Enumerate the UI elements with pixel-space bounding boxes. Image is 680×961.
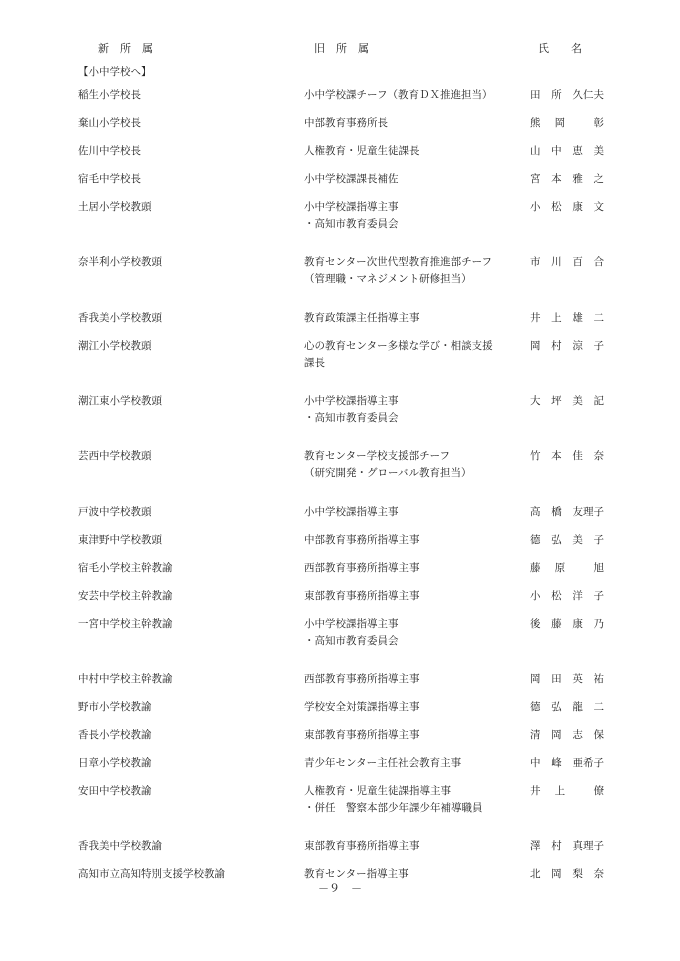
name-part: 雄 xyxy=(572,310,583,325)
table-row: 野市小学校教諭学校安全対策課指導主事德弘龍二 xyxy=(0,699,680,719)
name-part: 橋 xyxy=(551,504,562,519)
table-row: 潮江東小学校教頭小中学校課指導主事・高知市教育委員会大坪美記 xyxy=(0,393,680,413)
name-part: 之 xyxy=(593,171,604,186)
name-part: 中 xyxy=(530,755,541,770)
old-affiliation-line: 課長 xyxy=(304,355,493,372)
table-row: 土居小学校教頭小中学校課指導主事・高知市教育委員会小松康文 xyxy=(0,199,680,219)
name-part: 峰 xyxy=(551,755,562,770)
name-part: 子 xyxy=(593,588,604,603)
person-name: 岡田英祐 xyxy=(530,671,604,686)
person-name: 市川百合 xyxy=(530,254,604,269)
name-part: 涼 xyxy=(572,338,583,353)
old-affiliation-line: 教育センター次世代型教育推進部チーフ xyxy=(304,254,492,271)
old-affiliation: 小中学校課指導主事・高知市教育委員会 xyxy=(304,616,399,650)
old-affiliation: 東部教育事務所指導主事 xyxy=(304,727,420,744)
name-part: 恵 xyxy=(572,143,583,158)
old-affiliation-line: 西部教育事務所指導主事 xyxy=(304,671,420,688)
old-affiliation: 小中学校課指導主事・高知市教育委員会 xyxy=(304,393,399,427)
name-part: 本 xyxy=(551,448,562,463)
old-affiliation: 教育センター学校支援部チーフ（研究開発・グローバル教育担当） xyxy=(304,448,471,482)
new-affiliation: 東津野中学校教頭 xyxy=(78,532,162,547)
old-affiliation-line: 心の教育センター多様な学び・相談支援 xyxy=(304,338,493,355)
name-part: 二 xyxy=(593,699,604,714)
old-affiliation-line: 中部教育事務所長 xyxy=(304,115,388,132)
name-part: 竹 xyxy=(530,448,541,463)
person-name: 大坪美記 xyxy=(530,393,604,408)
new-affiliation: 中村中学校主幹教諭 xyxy=(78,671,173,686)
old-affiliation-line: 青少年センター主任社会教育主事 xyxy=(304,755,461,772)
name-part: 康 xyxy=(572,199,583,214)
old-affiliation-line: 東部教育事務所指導主事 xyxy=(304,727,420,744)
name-part: 百 xyxy=(572,254,583,269)
old-affiliation: 東部教育事務所指導主事 xyxy=(304,588,420,605)
new-affiliation: 潮江小学校教頭 xyxy=(78,338,152,353)
name-part: 佳 xyxy=(572,448,583,463)
old-affiliation: 心の教育センター多様な学び・相談支援課長 xyxy=(304,338,493,372)
new-affiliation: 戸波中学校教頭 xyxy=(78,504,152,519)
name-part: 本 xyxy=(551,171,562,186)
old-affiliation: 西部教育事務所指導主事 xyxy=(304,560,420,577)
old-affiliation: 小中学校課チーフ（教育ＤＸ推進担当） xyxy=(304,87,492,104)
new-affiliation: 日章小学校教諭 xyxy=(78,755,152,770)
new-affiliation: 芸西中学校教頭 xyxy=(78,448,152,463)
old-affiliation-line: ・高知市教育委員会 xyxy=(304,410,399,427)
name-part: 藤 xyxy=(551,616,562,631)
name-part: 山 xyxy=(530,143,541,158)
table-row: 香我美小学校教頭教育政策課主任指導主事井上雄二 xyxy=(0,310,680,330)
person-name: 小松康文 xyxy=(530,199,604,214)
table-row: 中村中学校主幹教諭西部教育事務所指導主事岡田英祐 xyxy=(0,671,680,691)
name-part: 岡 xyxy=(530,671,541,686)
name-part: 岡 xyxy=(555,115,566,130)
name-part: 松 xyxy=(551,588,562,603)
name-part: 記 xyxy=(593,393,604,408)
person-name: 藤原旭 xyxy=(530,560,604,575)
old-affiliation-line: 中部教育事務所指導主事 xyxy=(304,532,420,549)
section-label: 【小中学校へ】 xyxy=(78,64,152,79)
table-row: 香長小学校教諭東部教育事務所指導主事清岡志保 xyxy=(0,727,680,747)
table-row: 日章小学校教諭青少年センター主任社会教育主事中峰亜希子 xyxy=(0,755,680,775)
old-affiliation: 青少年センター主任社会教育主事 xyxy=(304,755,461,772)
old-affiliation-line: 教育センター学校支援部チーフ xyxy=(304,448,471,465)
name-part: 康 xyxy=(572,616,583,631)
new-affiliation: 安芸中学校主幹教諭 xyxy=(78,588,173,603)
name-part: 旭 xyxy=(593,560,604,575)
name-part: 井 xyxy=(530,310,541,325)
person-name: 高橋友理子 xyxy=(530,504,604,519)
table-row: 一宮中学校主幹教諭小中学校課指導主事・高知市教育委員会後藤康乃 xyxy=(0,616,680,636)
name-part: 美 xyxy=(572,393,583,408)
table-row: 奈半利小学校教頭教育センター次世代型教育推進部チーフ（管理職・マネジメント研修担… xyxy=(0,254,680,274)
old-affiliation-line: （研究開発・グローバル教育担当） xyxy=(304,465,471,482)
person-name: 德弘美子 xyxy=(530,532,604,547)
name-part: 雅 xyxy=(572,171,583,186)
table-row: 宿毛小学校主幹教諭西部教育事務所指導主事藤原旭 xyxy=(0,560,680,580)
table-row: 稲生小学校長小中学校課チーフ（教育ＤＸ推進担当）田所久仁夫 xyxy=(0,87,680,107)
name-part: 井 xyxy=(530,783,541,798)
old-affiliation: 小中学校課課長補佐 xyxy=(304,171,399,188)
name-part: 弘 xyxy=(551,532,562,547)
name-part: 保 xyxy=(593,727,604,742)
person-name: 熊岡彰 xyxy=(530,115,604,130)
old-affiliation: 東部教育事務所指導主事 xyxy=(304,838,420,855)
name-part: 美 xyxy=(593,143,604,158)
old-affiliation-line: 人権教育・児童生徒課長 xyxy=(304,143,420,160)
new-affiliation: 香長小学校教諭 xyxy=(78,727,152,742)
name-part: 上 xyxy=(551,310,562,325)
old-affiliation-line: 西部教育事務所指導主事 xyxy=(304,560,420,577)
person-name: 小松洋子 xyxy=(530,588,604,603)
table-row: 潮江小学校教頭心の教育センター多様な学び・相談支援課長岡村涼子 xyxy=(0,338,680,358)
name-part: 村 xyxy=(551,338,562,353)
name-part: 奈 xyxy=(593,866,604,881)
old-affiliation: 教育センター次世代型教育推進部チーフ（管理職・マネジメント研修担当） xyxy=(304,254,492,288)
person-name: 清岡志保 xyxy=(530,727,604,742)
person-name: 澤村真理子 xyxy=(530,838,604,853)
name-part: 後 xyxy=(530,616,541,631)
name-part: 英 xyxy=(572,671,583,686)
old-affiliation-line: 小中学校課指導主事 xyxy=(304,199,399,216)
old-affiliation-line: 東部教育事務所指導主事 xyxy=(304,588,420,605)
new-affiliation: 高知市立高知特別支援学校教諭 xyxy=(78,866,225,881)
old-affiliation-line: ・高知市教育委員会 xyxy=(304,216,399,233)
old-affiliation-line: 人権教育・児童生徒課指導主事 xyxy=(304,783,483,800)
old-affiliation-line: 小中学校課チーフ（教育ＤＸ推進担当） xyxy=(304,87,492,104)
name-part: 德 xyxy=(530,699,541,714)
name-part: 合 xyxy=(593,254,604,269)
new-affiliation: 佐川中学校長 xyxy=(78,143,141,158)
table-row: 宿毛中学校長小中学校課課長補佐宮本雅之 xyxy=(0,171,680,191)
name-part: 奈 xyxy=(593,448,604,463)
name-part: 梨 xyxy=(572,866,583,881)
name-part: 大 xyxy=(530,393,541,408)
name-part: 岡 xyxy=(551,866,562,881)
name-part: 藤 xyxy=(530,560,541,575)
person-name: 中峰亜希子 xyxy=(530,755,604,770)
person-name: 山中恵美 xyxy=(530,143,604,158)
name-part: 澤 xyxy=(530,838,541,853)
name-part: 龍 xyxy=(572,699,583,714)
new-affiliation: 棄山小学校長 xyxy=(78,115,141,130)
name-part: 松 xyxy=(551,199,562,214)
person-name: 竹本佳奈 xyxy=(530,448,604,463)
name-part: 美 xyxy=(572,532,583,547)
person-name: 德弘龍二 xyxy=(530,699,604,714)
header-old-affiliation: 旧 所 属 xyxy=(314,40,369,56)
name-part: 弘 xyxy=(551,699,562,714)
old-affiliation-line: 学校安全対策課指導主事 xyxy=(304,699,420,716)
old-affiliation: 西部教育事務所指導主事 xyxy=(304,671,420,688)
name-part: 原 xyxy=(555,560,566,575)
old-affiliation-line: 東部教育事務所指導主事 xyxy=(304,838,420,855)
name-part: 祐 xyxy=(593,671,604,686)
name-part: 田 xyxy=(530,87,541,102)
person-name: 宮本雅之 xyxy=(530,171,604,186)
name-part: 高 xyxy=(530,504,541,519)
name-part: 彰 xyxy=(593,115,604,130)
new-affiliation: 稲生小学校長 xyxy=(78,87,141,102)
name-part: 宮 xyxy=(530,171,541,186)
name-part: 熊 xyxy=(530,115,541,130)
old-affiliation: 小中学校課指導主事・高知市教育委員会 xyxy=(304,199,399,233)
name-part: 中 xyxy=(551,143,562,158)
old-affiliation: 小中学校課指導主事 xyxy=(304,504,399,521)
old-affiliation: 教育政策課主任指導主事 xyxy=(304,310,420,327)
name-part: 亜希子 xyxy=(573,755,605,770)
name-part: 上 xyxy=(555,783,566,798)
header-name: 氏 名 xyxy=(538,40,582,56)
new-affiliation: 香我美中学校教諭 xyxy=(78,838,162,853)
new-affiliation: 潮江東小学校教頭 xyxy=(78,393,162,408)
new-affiliation: 一宮中学校主幹教諭 xyxy=(78,616,173,631)
name-part: 小 xyxy=(530,199,541,214)
name-part: 乃 xyxy=(593,616,604,631)
table-row: 東津野中学校教頭中部教育事務所指導主事德弘美子 xyxy=(0,532,680,552)
table-row: 香我美中学校教諭東部教育事務所指導主事澤村真理子 xyxy=(0,838,680,858)
name-part: 小 xyxy=(530,588,541,603)
name-part: 坪 xyxy=(551,393,562,408)
old-affiliation-line: 小中学校課指導主事 xyxy=(304,393,399,410)
name-part: 村 xyxy=(551,838,562,853)
new-affiliation: 宿毛中学校長 xyxy=(78,171,141,186)
old-affiliation-line: 小中学校課指導主事 xyxy=(304,504,399,521)
name-part: 所 xyxy=(551,87,562,102)
name-part: 文 xyxy=(593,199,604,214)
name-part: 洋 xyxy=(572,588,583,603)
name-part: 久仁夫 xyxy=(573,87,605,102)
new-affiliation: 安田中学校教諭 xyxy=(78,783,152,798)
old-affiliation: 中部教育事務所長 xyxy=(304,115,388,132)
old-affiliation-line: 小中学校課課長補佐 xyxy=(304,171,399,188)
header-new-affiliation: 新 所 属 xyxy=(98,40,153,56)
name-part: 北 xyxy=(530,866,541,881)
new-affiliation: 奈半利小学校教頭 xyxy=(78,254,162,269)
name-part: 子 xyxy=(593,532,604,547)
name-part: 子 xyxy=(593,338,604,353)
table-row: 安芸中学校主幹教諭東部教育事務所指導主事小松洋子 xyxy=(0,588,680,608)
new-affiliation: 土居小学校教頭 xyxy=(78,199,152,214)
new-affiliation: 野市小学校教諭 xyxy=(78,699,152,714)
old-affiliation-line: ・高知市教育委員会 xyxy=(304,633,399,650)
table-row: 棄山小学校長中部教育事務所長熊岡彰 xyxy=(0,115,680,135)
name-part: 市 xyxy=(530,254,541,269)
old-affiliation-line: 小中学校課指導主事 xyxy=(304,616,399,633)
name-part: 川 xyxy=(551,254,562,269)
old-affiliation: 人権教育・児童生徒課長 xyxy=(304,143,420,160)
new-affiliation: 香我美小学校教頭 xyxy=(78,310,162,325)
page-number: －９ － xyxy=(0,880,680,896)
old-affiliation: 人権教育・児童生徒課指導主事・併任 警察本部少年課少年補導職員 xyxy=(304,783,483,817)
old-affiliation-line: 教育政策課主任指導主事 xyxy=(304,310,420,327)
person-name: 井上雄二 xyxy=(530,310,604,325)
old-affiliation: 学校安全対策課指導主事 xyxy=(304,699,420,716)
name-part: 僚 xyxy=(593,783,604,798)
person-name: 田所久仁夫 xyxy=(530,87,604,102)
name-part: 清 xyxy=(530,727,541,742)
name-part: 二 xyxy=(593,310,604,325)
person-name: 岡村涼子 xyxy=(530,338,604,353)
old-affiliation-line: （管理職・マネジメント研修担当） xyxy=(304,271,492,288)
name-part: 友理子 xyxy=(573,504,605,519)
name-part: 志 xyxy=(572,727,583,742)
person-name: 後藤康乃 xyxy=(530,616,604,631)
table-row: 安田中学校教諭人権教育・児童生徒課指導主事・併任 警察本部少年課少年補導職員井上… xyxy=(0,783,680,803)
name-part: 岡 xyxy=(530,338,541,353)
table-row: 戸波中学校教頭小中学校課指導主事高橋友理子 xyxy=(0,504,680,524)
name-part: 德 xyxy=(530,532,541,547)
name-part: 真理子 xyxy=(573,838,605,853)
table-row: 佐川中学校長人権教育・児童生徒課長山中恵美 xyxy=(0,143,680,163)
new-affiliation: 宿毛小学校主幹教諭 xyxy=(78,560,173,575)
old-affiliation: 中部教育事務所指導主事 xyxy=(304,532,420,549)
person-name: 北岡梨奈 xyxy=(530,866,604,881)
table-row: 芸西中学校教頭教育センター学校支援部チーフ（研究開発・グローバル教育担当）竹本佳… xyxy=(0,448,680,468)
name-part: 田 xyxy=(551,671,562,686)
name-part: 岡 xyxy=(551,727,562,742)
old-affiliation-line: ・併任 警察本部少年課少年補導職員 xyxy=(304,800,483,817)
person-name: 井上僚 xyxy=(530,783,604,798)
